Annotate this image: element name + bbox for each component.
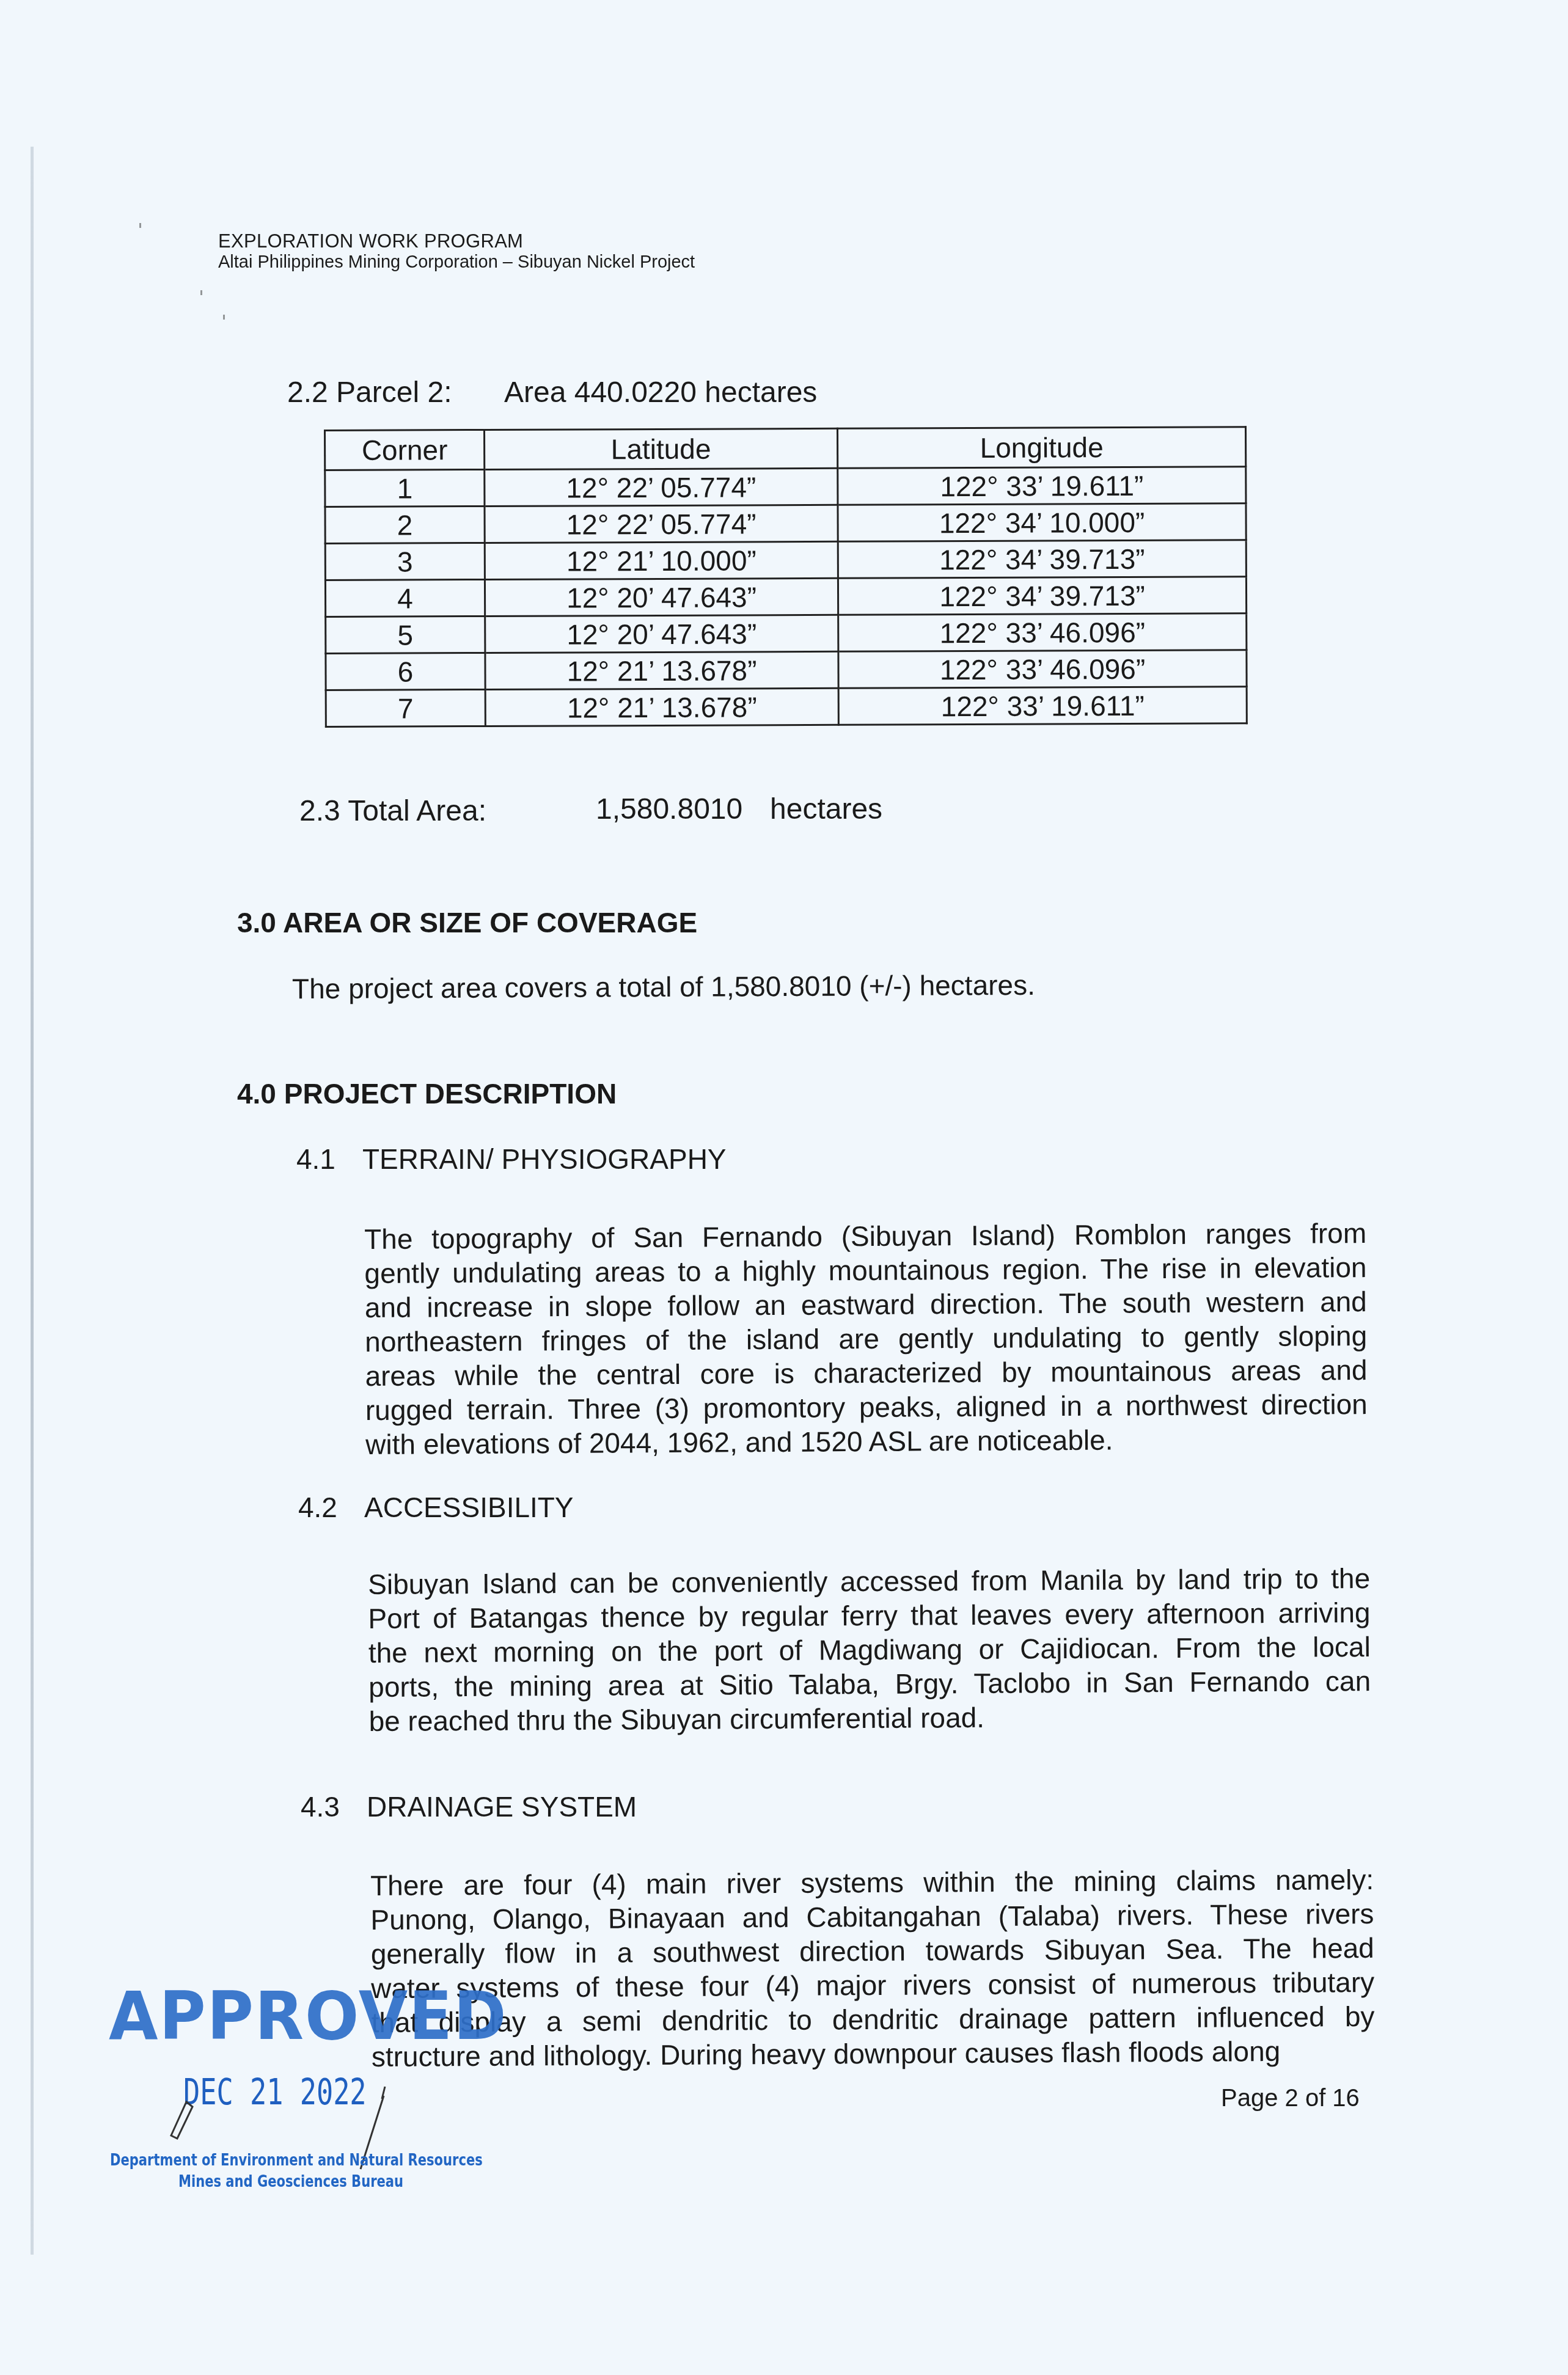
table-row: 112° 22’ 05.774”122° 33’ 19.611” xyxy=(325,467,1246,507)
paragraph-line: with elevations of 2044, 1962, and 1520 … xyxy=(365,1421,1368,1462)
table-row: 612° 21’ 13.678”122° 33’ 46.096” xyxy=(326,650,1247,690)
section-4-heading: 4.0 PROJECT DESCRIPTION xyxy=(237,1077,617,1110)
subsection-4-1-heading: 4.1TERRAIN/ PHYSIOGRAPHY xyxy=(296,1143,727,1176)
drainage-paragraph: There are four (4) main river systems wi… xyxy=(370,1862,1375,2074)
paragraph-line: There are four (4) main river systems wi… xyxy=(370,1862,1374,1903)
scan-speck xyxy=(200,290,202,295)
corner-cell: 3 xyxy=(325,543,485,580)
paragraph-line: Port of Batangas thence by regular ferry… xyxy=(368,1595,1370,1636)
stamp-agency: Department of Environment and Natural Re… xyxy=(110,2151,483,2170)
latitude-cell: 12° 20’ 47.643” xyxy=(485,615,838,653)
total-area-value: 1,580.8010 xyxy=(596,792,742,826)
corner-cell: 2 xyxy=(325,506,485,543)
paragraph-line: rugged terrain. Three (3) promontory pea… xyxy=(365,1387,1368,1427)
paragraph-line: Sibuyan Island can be conveniently acces… xyxy=(368,1561,1370,1601)
paragraph-line: the next morning on the port of Magdiwan… xyxy=(368,1630,1371,1670)
paragraph-line: generally flow in a southwest direction … xyxy=(371,1931,1374,1971)
latitude-cell: 12° 22’ 05.774” xyxy=(485,505,838,543)
parcel-label: 2.2 Parcel 2: xyxy=(287,376,452,409)
table-row: 312° 21’ 10.000”122° 34’ 39.713” xyxy=(325,540,1246,580)
longitude-cell: 122° 34’ 39.713” xyxy=(838,540,1246,579)
stamp-bureau: Mines and Geosciences Bureau xyxy=(178,2172,403,2191)
paragraph-line: areas while the central core is characte… xyxy=(365,1353,1367,1393)
accessibility-paragraph: Sibuyan Island can be conveniently acces… xyxy=(368,1561,1371,1738)
corner-cell: 7 xyxy=(326,689,485,726)
column-header-longitude: Longitude xyxy=(837,427,1245,469)
header-subtitle: Altai Philippines Mining Corporation – S… xyxy=(218,252,695,272)
subsection-4-2-heading: 4.2ACCESSIBILITY xyxy=(298,1491,574,1524)
section-3-text: The project area covers a total of 1,580… xyxy=(292,968,1035,1005)
longitude-cell: 122° 33’ 19.611” xyxy=(838,687,1247,725)
table-row: 412° 20’ 47.643”122° 34’ 39.713” xyxy=(325,577,1246,617)
total-area: 2.3 Total Area: 1,580.8010 hectares xyxy=(299,794,486,828)
parcel-2-heading: 2.2 Parcel 2: Area 440.0220 hectares xyxy=(287,376,452,409)
parcel-area: Area 440.0220 hectares xyxy=(504,376,817,409)
paragraph-line: and increase in slope follow an eastward… xyxy=(365,1284,1367,1325)
latitude-cell: 12° 20’ 47.643” xyxy=(485,578,838,616)
total-area-label: 2.3 Total Area: xyxy=(299,795,486,827)
longitude-cell: 122° 34’ 39.713” xyxy=(838,577,1246,615)
longitude-cell: 122° 33’ 46.096” xyxy=(838,650,1247,689)
corner-cell: 6 xyxy=(326,653,485,690)
paragraph-line: that display a semi dendritic to dendrit… xyxy=(371,1999,1374,2040)
paragraph-line: The topography of San Fernando (Sibuyan … xyxy=(364,1216,1366,1256)
paragraph-line: ports, the mining area at Sitio Talaba, … xyxy=(368,1664,1371,1704)
subsection-4-3-heading: 4.3DRAINAGE SYSTEM xyxy=(301,1790,637,1823)
latitude-cell: 12° 22’ 05.774” xyxy=(485,468,838,506)
column-header-latitude: Latitude xyxy=(485,428,838,469)
parcel-2-coordinates-table: Corner Latitude Longitude 112° 22’ 05.77… xyxy=(324,426,1248,728)
paragraph-line: northeastern fringes of the island are g… xyxy=(365,1319,1367,1359)
approved-stamp: APPROVED xyxy=(109,1977,508,2055)
header-title: EXPLORATION WORK PROGRAM xyxy=(218,231,695,252)
latitude-cell: 12° 21’ 13.678” xyxy=(485,688,838,726)
scan-speck xyxy=(139,223,141,228)
paragraph-line: Punong, Olango, Binayaan and Cabitangaha… xyxy=(370,1897,1374,1937)
document-header: EXPLORATION WORK PROGRAM Altai Philippin… xyxy=(218,231,695,272)
longitude-cell: 122° 34’ 10.000” xyxy=(838,503,1246,542)
corner-cell: 4 xyxy=(325,579,485,617)
longitude-cell: 122° 33’ 19.611” xyxy=(838,467,1246,505)
total-area-unit: hectares xyxy=(770,792,882,826)
latitude-cell: 12° 21’ 10.000” xyxy=(485,541,838,579)
scan-edge-line xyxy=(31,147,34,2255)
corner-cell: 1 xyxy=(325,469,485,507)
table-row: 212° 22’ 05.774”122° 34’ 10.000” xyxy=(325,503,1246,544)
latitude-cell: 12° 21’ 13.678” xyxy=(485,651,838,689)
section-3-heading: 3.0 AREA OR SIZE OF COVERAGE xyxy=(237,906,697,939)
table-header-row: Corner Latitude Longitude xyxy=(325,427,1246,470)
table-row: 512° 20’ 47.643”122° 33’ 46.096” xyxy=(326,613,1247,654)
column-header-corner: Corner xyxy=(325,430,485,470)
table-row: 712° 21’ 13.678”122° 33’ 19.611” xyxy=(326,687,1247,727)
paragraph-line: water systems of these four (4) major ri… xyxy=(371,1965,1374,2005)
terrain-paragraph: The topography of San Fernando (Sibuyan … xyxy=(364,1216,1368,1462)
paragraph-line: gently undulating areas to a highly moun… xyxy=(364,1250,1366,1290)
paragraph-line: structure and lithology. During heavy do… xyxy=(372,2033,1375,2074)
paragraph-line: be reached thru the Sibuyan circumferent… xyxy=(368,1698,1371,1738)
scan-speck xyxy=(223,315,225,320)
corner-cell: 5 xyxy=(326,616,485,653)
longitude-cell: 122° 33’ 46.096” xyxy=(838,613,1247,652)
page-number: Page 2 of 16 xyxy=(1221,2085,1360,2112)
